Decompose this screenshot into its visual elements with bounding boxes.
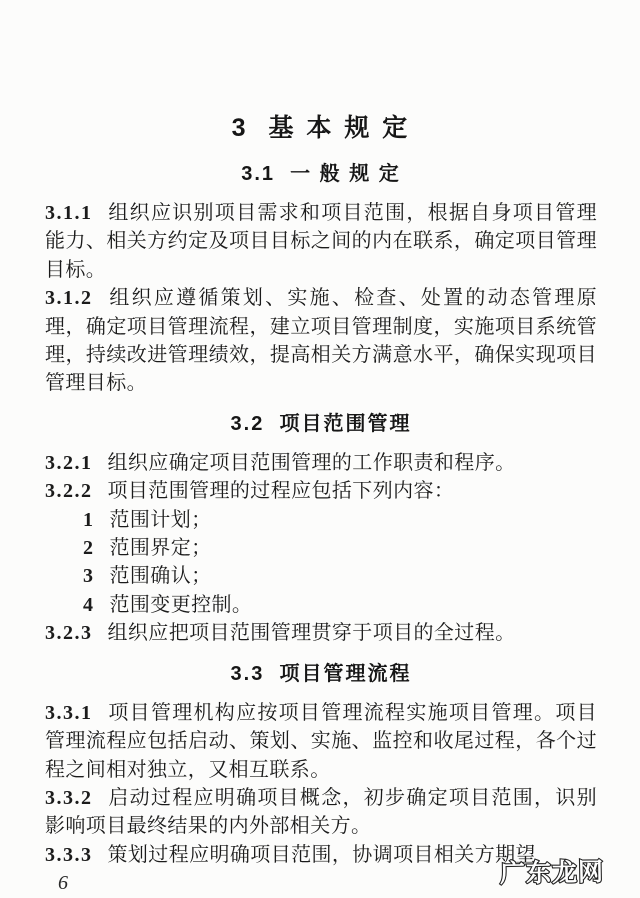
clause-number: 3.2.3 — [45, 622, 93, 644]
clause-paragraph: 3.2.2项目范围管理的过程应包括下列内容： — [45, 477, 597, 505]
document-page: 3 基 本 规 定 3.1 一 般 规 定3.1.1组织应识别项目需求和项目范围… — [0, 0, 640, 898]
clause-paragraph: 3.3.2启动过程应明确项目概念，初步确定项目范围，识别影响项目最终结果的内外部… — [45, 784, 597, 841]
clause-number: 3.3.2 — [45, 787, 93, 809]
list-item-text: 范围确认； — [110, 565, 212, 587]
section-heading: 3.1 一 般 规 定 — [45, 161, 597, 187]
list-item: 1范围计划； — [45, 506, 597, 534]
clause-text: 组织应确定项目范围管理的工作职责和程序。 — [108, 452, 516, 474]
section-heading: 3.3 项目管理流程 — [45, 661, 597, 687]
clause-text: 组织应识别项目需求和项目范围，根据自身项目管理能力、相关方约定及项目目标之间的内… — [45, 202, 597, 281]
section-heading: 3.2 项目范围管理 — [45, 411, 597, 437]
list-item: 3范围确认； — [45, 562, 597, 590]
list-item: 2范围界定； — [45, 534, 597, 562]
clause-paragraph: 3.1.2组织应遵循策划、实施、检查、处置的动态管理原理，确定项目管理流程，建立… — [45, 284, 597, 398]
clause-text: 启动过程应明确项目概念，初步确定项目范围，识别影响项目最终结果的内外部相关方。 — [45, 787, 597, 837]
chapter-heading: 3 基 本 规 定 — [45, 0, 597, 148]
watermark-text: 广东龙网 — [500, 852, 605, 890]
clause-text: 项目范围管理的过程应包括下列内容： — [108, 480, 455, 502]
clause-number: 3.2.1 — [45, 452, 93, 474]
list-item-number: 2 — [83, 537, 95, 559]
list-item-text: 范围界定； — [110, 537, 212, 559]
clause-paragraph: 3.2.1组织应确定项目范围管理的工作职责和程序。 — [45, 449, 597, 477]
clause-text: 组织应把项目范围管理贯穿于项目的全过程。 — [108, 622, 516, 644]
list-item-number: 4 — [83, 594, 95, 616]
clause-paragraph: 3.1.1组织应识别项目需求和项目范围，根据自身项目管理能力、相关方约定及项目目… — [45, 199, 597, 284]
list-item-text: 范围计划； — [110, 509, 212, 531]
list-item-number: 3 — [83, 565, 95, 587]
clause-number: 3.1.2 — [45, 287, 93, 309]
document-body: 3.1 一 般 规 定3.1.1组织应识别项目需求和项目范围，根据自身项目管理能… — [45, 161, 597, 869]
clause-text: 项目管理机构应按项目管理流程实施项目管理。项目管理流程应包括启动、策划、实施、监… — [45, 702, 597, 781]
clause-text: 组织应遵循策划、实施、检查、处置的动态管理原理，确定项目管理流程，建立项目管理制… — [45, 287, 597, 394]
page-number: 6 — [58, 872, 68, 895]
list-item: 4范围变更控制。 — [45, 591, 597, 619]
list-item-text: 范围变更控制。 — [110, 594, 253, 616]
clause-text: 策划过程应明确项目范围，协调项目相关方期望 — [108, 844, 536, 866]
clause-number: 3.2.2 — [45, 480, 93, 502]
clause-paragraph: 3.3.1项目管理机构应按项目管理流程实施项目管理。项目管理流程应包括启动、策划… — [45, 699, 597, 784]
list-item-number: 1 — [83, 509, 95, 531]
clause-number: 3.3.3 — [45, 844, 93, 866]
clause-number: 3.1.1 — [45, 202, 93, 224]
clause-paragraph: 3.2.3组织应把项目范围管理贯穿于项目的全过程。 — [45, 619, 597, 647]
clause-number: 3.3.1 — [45, 702, 93, 724]
